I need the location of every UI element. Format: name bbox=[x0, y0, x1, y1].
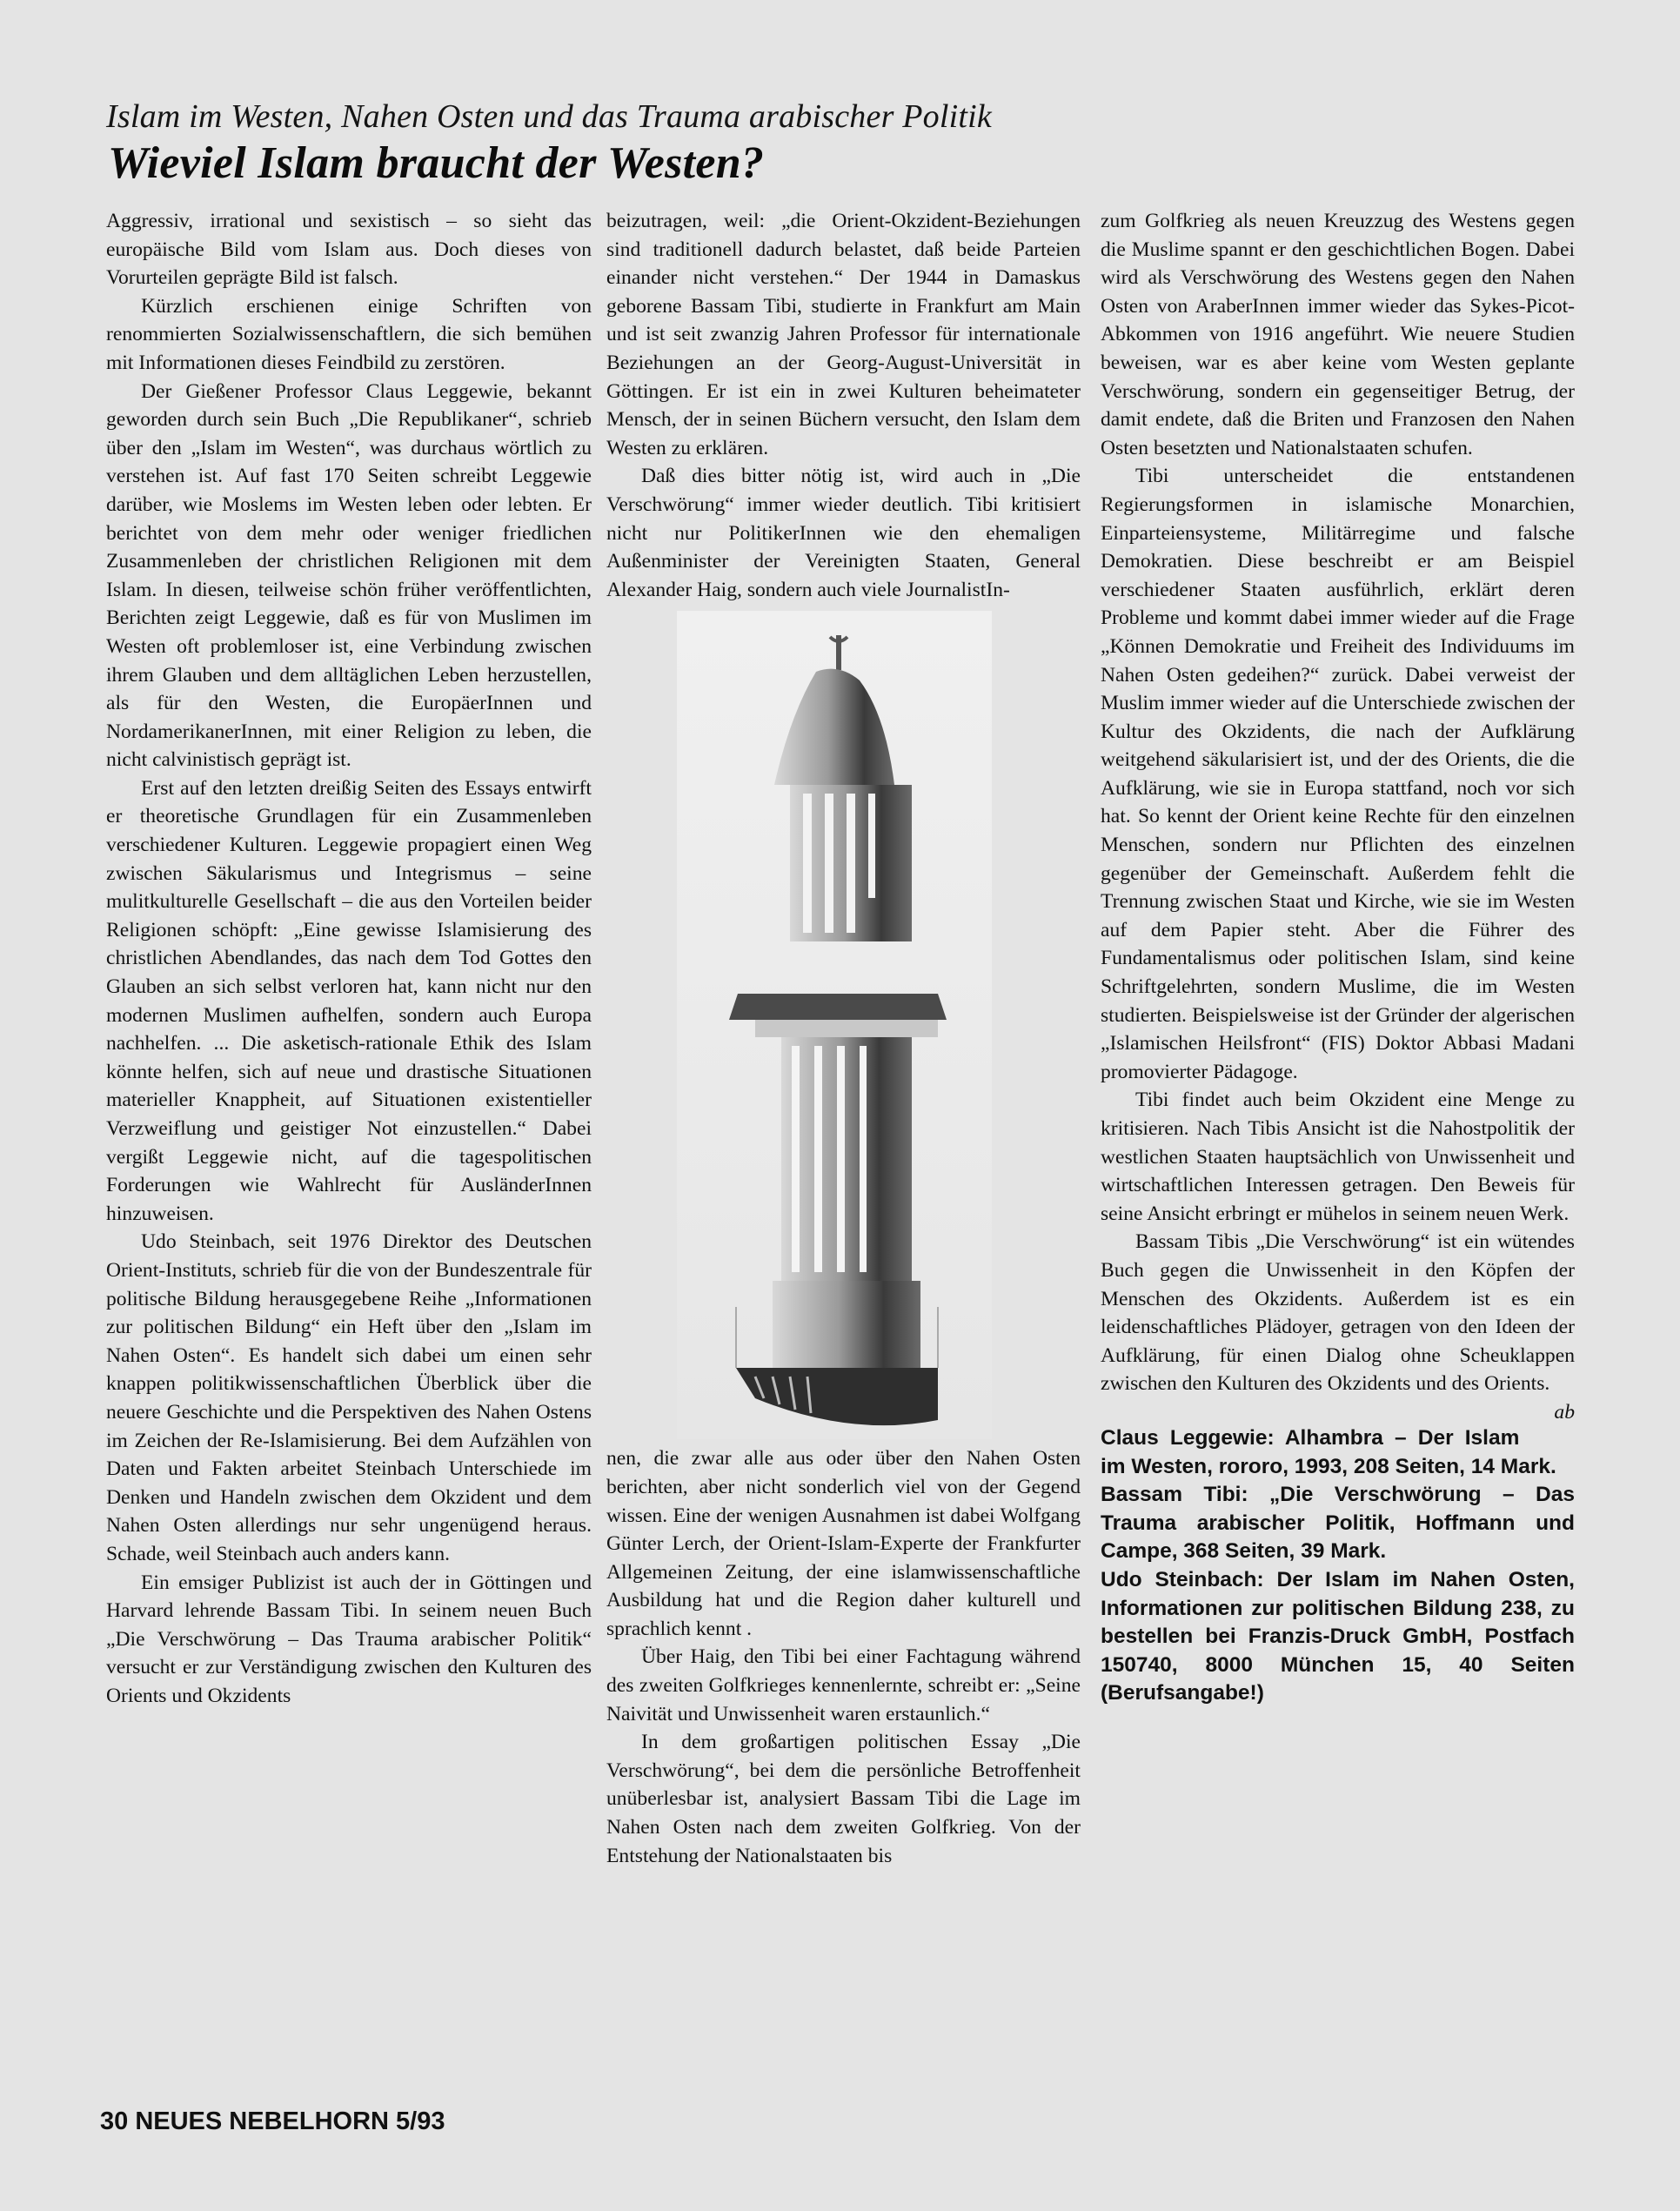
paragraph: Kürzlich erschienen einige Schriften von… bbox=[106, 292, 592, 378]
paragraph: Erst auf den letzten dreißig Seiten des … bbox=[106, 774, 592, 1229]
article-kicker: Islam im Westen, Nahen Osten und das Tra… bbox=[106, 97, 992, 136]
page-footer: 30 NEUES NEBELHORN 5/93 bbox=[100, 2107, 445, 2136]
paragraph: Über Haig, den Tibi bei einer Fachtagung… bbox=[606, 1643, 1081, 1728]
reference-item: Bassam Tibi: „Die Verschwörung – Das Tra… bbox=[1101, 1481, 1575, 1566]
paragraph: Udo Steinbach, seit 1976 Direktor des De… bbox=[106, 1228, 592, 1568]
paragraph: Tibi unterscheidet die entstandenen Regi… bbox=[1101, 462, 1575, 1086]
paragraph: In dem großartigen politischen Essay „Di… bbox=[606, 1728, 1081, 1870]
paragraph: nen, die zwar alle aus oder über den Nah… bbox=[606, 1444, 1081, 1643]
paragraph: Aggressiv, irrational und sexistisch – s… bbox=[106, 207, 592, 292]
reference-item: Claus Leggewie: Alhambra – Der Islam im … bbox=[1101, 1424, 1575, 1481]
book-references: Claus Leggewie: Alhambra – Der Islam im … bbox=[1101, 1424, 1575, 1708]
author-signature: ab bbox=[1519, 1398, 1575, 1427]
paragraph: zum Golfkrieg als neuen Kreuzzug des Wes… bbox=[1101, 207, 1575, 462]
paragraph-text: Bassam Tibis „Die Verschwörung“ ist ein … bbox=[1101, 1230, 1575, 1395]
paragraph: beizutragen, weil: „die Orient-Okzident-… bbox=[606, 207, 1081, 462]
article-headline: Wieviel Islam braucht der Westen? bbox=[108, 137, 764, 189]
paragraph: Bassam Tibis „Die Verschwörung“ ist ein … bbox=[1101, 1228, 1575, 1398]
text-column-2: beizutragen, weil: „die Orient-Okzident-… bbox=[606, 207, 1081, 1870]
minaret-photo bbox=[677, 611, 992, 1439]
text-column-3: zum Golfkrieg als neuen Kreuzzug des Wes… bbox=[1101, 207, 1575, 1708]
minaret-illustration-icon bbox=[677, 611, 992, 1439]
paragraph: Daß dies bitter nötig ist, wird auch in … bbox=[606, 462, 1081, 604]
paragraph: Ein emsiger Publizist ist auch der in Gö… bbox=[106, 1569, 592, 1711]
reference-item: Udo Steinbach: Der Islam im Nahen Osten,… bbox=[1101, 1566, 1575, 1708]
paragraph: Tibi findet auch beim Okzident eine Meng… bbox=[1101, 1086, 1575, 1228]
paragraph: Der Gießener Professor Claus Leggewie, b… bbox=[106, 378, 592, 774]
text-column-1: Aggressiv, irrational und sexistisch – s… bbox=[106, 207, 592, 1710]
